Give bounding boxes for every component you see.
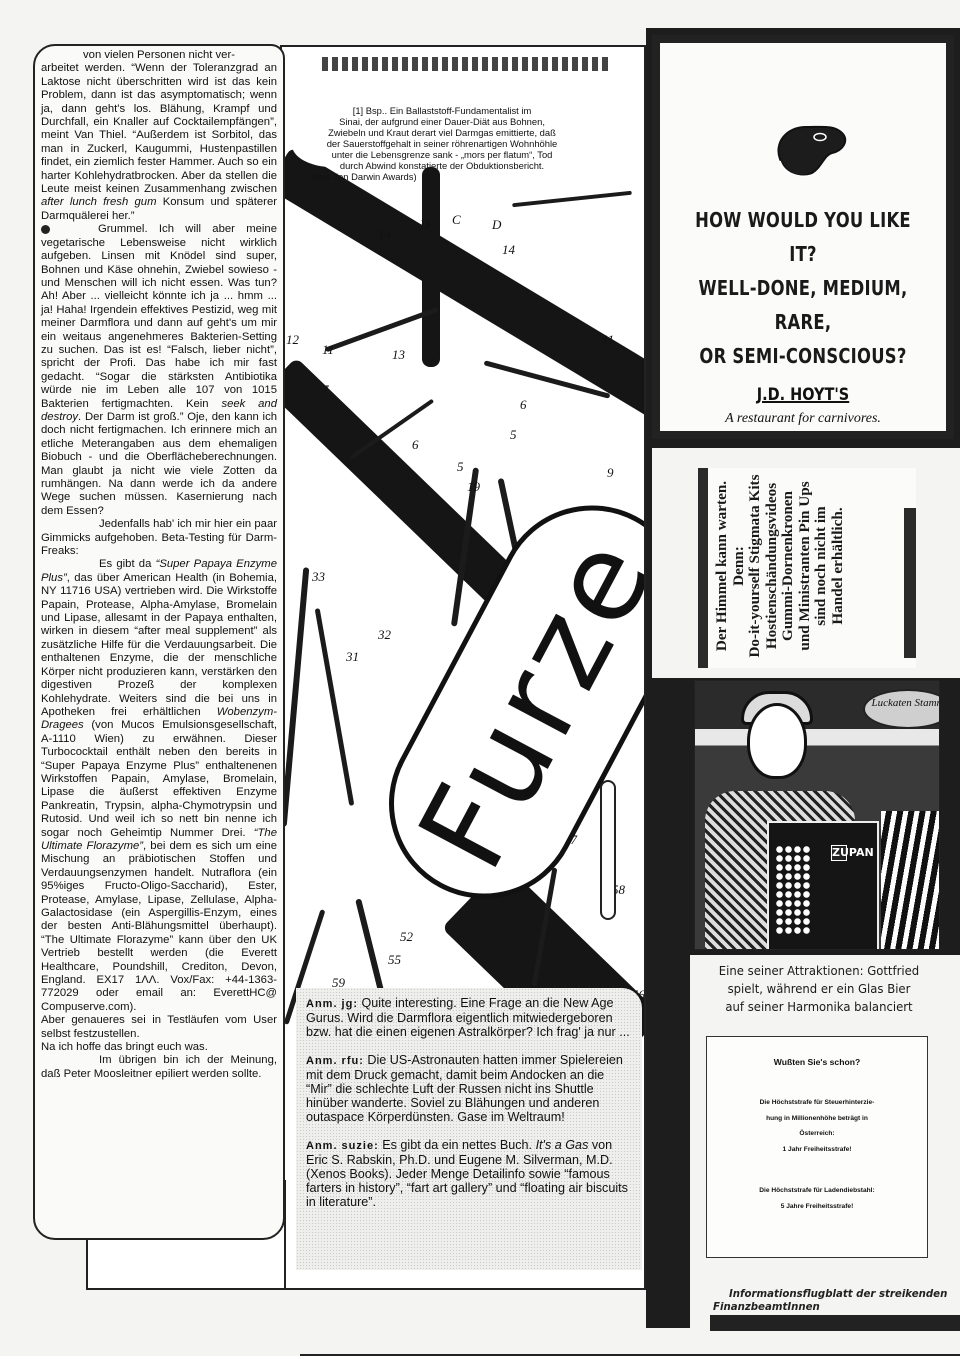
accordion-bellows: [881, 811, 940, 950]
figure-label: 55: [388, 952, 401, 968]
footnote-line: Sinai, der aufgrund einer Dauer-Diät aus…: [302, 116, 582, 127]
facts-tax-evasion: Die Höchststrafe für Steuerhinterzie- hu…: [707, 1095, 927, 1157]
accordion-icon: ZUPAN: [767, 821, 879, 950]
vein-branch: [422, 167, 440, 367]
article-paragraph: arbeitet werden. “Wenn der Toleranzgrad …: [41, 62, 277, 223]
figure-label: 6: [520, 397, 527, 413]
annotation-author: Anm. jg:: [306, 998, 358, 1010]
accordion-brand: ZUPAN: [831, 845, 847, 861]
annotation-rfu: Anm. rfu: Die US-Astronauten hatten imme…: [306, 1053, 632, 1125]
accordion-buttons: [775, 845, 811, 935]
figure-label: 9: [607, 465, 614, 481]
article-paragraph: Es gibt da “Super Papaya Enzyme Plus”, d…: [41, 558, 277, 1014]
person-face: [747, 703, 807, 779]
footer-credit: FinanzbeamtInnen: [710, 1302, 823, 1313]
article-paragraph: Im übrigen bin ich der Meinung, daß Pete…: [41, 1054, 277, 1081]
vein-twig: [315, 608, 355, 806]
footer-dark-band: [710, 1315, 960, 1331]
did-you-know-box: Wußten Sie's schon? Die Höchststrafe für…: [706, 1036, 928, 1258]
footnote-line: [1] Bsp.. Ein Ballaststoff-Fundamentalis…: [302, 105, 582, 116]
ad-tagline: A restaurant for carnivores.: [660, 411, 946, 427]
annotation-suzie: Anm. suzie: Es gibt da ein nettes Buch. …: [306, 1138, 632, 1210]
figure-label: D: [492, 217, 501, 233]
annotation-jg: Anm. jg: Quite interesting. Eine Frage a…: [306, 996, 632, 1040]
figure-label: 5: [510, 427, 517, 443]
annotation-author: Anm. suzie:: [306, 1140, 379, 1152]
annotations-box: Anm. jg: Quite interesting. Eine Frage a…: [296, 988, 642, 1270]
himmel-rotated-text: Der Himmel kann warten. Denn: Do-it-your…: [714, 468, 846, 664]
article-paragraph: von vielen Personen nicht ver-: [41, 49, 277, 62]
accordion-player-photo: Luckaten Stamm ZUPAN: [694, 680, 940, 950]
footnote-line: Zwiebeln und Kraut derart viel Darmgas e…: [302, 127, 582, 138]
figure-label: 14: [378, 227, 391, 243]
figure-label: 6: [412, 437, 419, 453]
article-paragraph: Jedenfalls hab' ich mir hier ein paar Gi…: [41, 518, 277, 558]
article-paragraph: Grummel. Ich will aber meine vegetarisch…: [41, 223, 277, 518]
figure-label: 12: [286, 332, 299, 348]
footer-credit: Informationsflugblatt der streikenden: [726, 1289, 950, 1300]
figure-label: C: [452, 212, 461, 228]
article-column: von vielen Personen nicht ver- arbeitet …: [33, 44, 285, 1240]
footnote-line: der Sauerstoffgehalt in seiner röhrenart…: [302, 138, 582, 149]
footnote-bubble: [1] Bsp.. Ein Ballaststoff-Fundamentalis…: [292, 99, 592, 167]
footnote-line: unter die Lebensgrenze sank - „mors per …: [302, 149, 582, 160]
figure-label: 11: [602, 332, 614, 348]
ad-brand-name: J.D. HOYT'S: [681, 385, 924, 405]
figure-label: 31: [346, 649, 359, 665]
steak-icon: [772, 121, 850, 181]
dark-border-strip: [904, 508, 916, 658]
article-paragraph: Aber genaueres sei in Testläufen vom Use…: [41, 1014, 277, 1041]
decorative-vertical-bar: [600, 780, 616, 920]
article-paragraph: Na ich hoffe das bringt euch was.: [41, 1041, 277, 1054]
steak-advertisement: HOW WOULD YOU LIKE IT? WELL-DONE, MEDIUM…: [652, 35, 954, 439]
figure-label: 7: [322, 382, 329, 398]
himmel-advertisement: Der Himmel kann warten. Denn: Do-it-your…: [698, 468, 916, 668]
footnote-line: durch Abwind konstatierte der Obduktions…: [302, 160, 582, 171]
ad-headline: HOW WOULD YOU LIKE IT? WELL-DONE, MEDIUM…: [686, 203, 921, 373]
figure-label: 13: [392, 347, 405, 363]
bullet-icon: [41, 225, 50, 234]
figure-label: 14: [502, 242, 515, 258]
vein-twig: [512, 191, 632, 208]
facts-title: Wußten Sie's schon?: [707, 1057, 927, 1067]
facts-shoplifting: Die Höchststrafe für Ladendiebstahl: 5 J…: [707, 1183, 927, 1214]
footnote-source: (aus den Darwin Awards): [302, 171, 582, 182]
figure-label: 19: [467, 479, 480, 495]
torn-tape-strip: [322, 57, 612, 71]
annotation-author: Anm. rfu:: [306, 1055, 364, 1067]
photo-caption: Eine seiner Attraktionen: Gottfried spie…: [702, 962, 937, 1016]
figure-label: 32: [378, 627, 391, 643]
figure-label: D: [420, 217, 429, 233]
figure-label: 11: [322, 342, 334, 358]
figure-label: 5: [457, 459, 464, 475]
figure-label: 52: [400, 929, 413, 945]
figure-label: 33: [312, 569, 325, 585]
